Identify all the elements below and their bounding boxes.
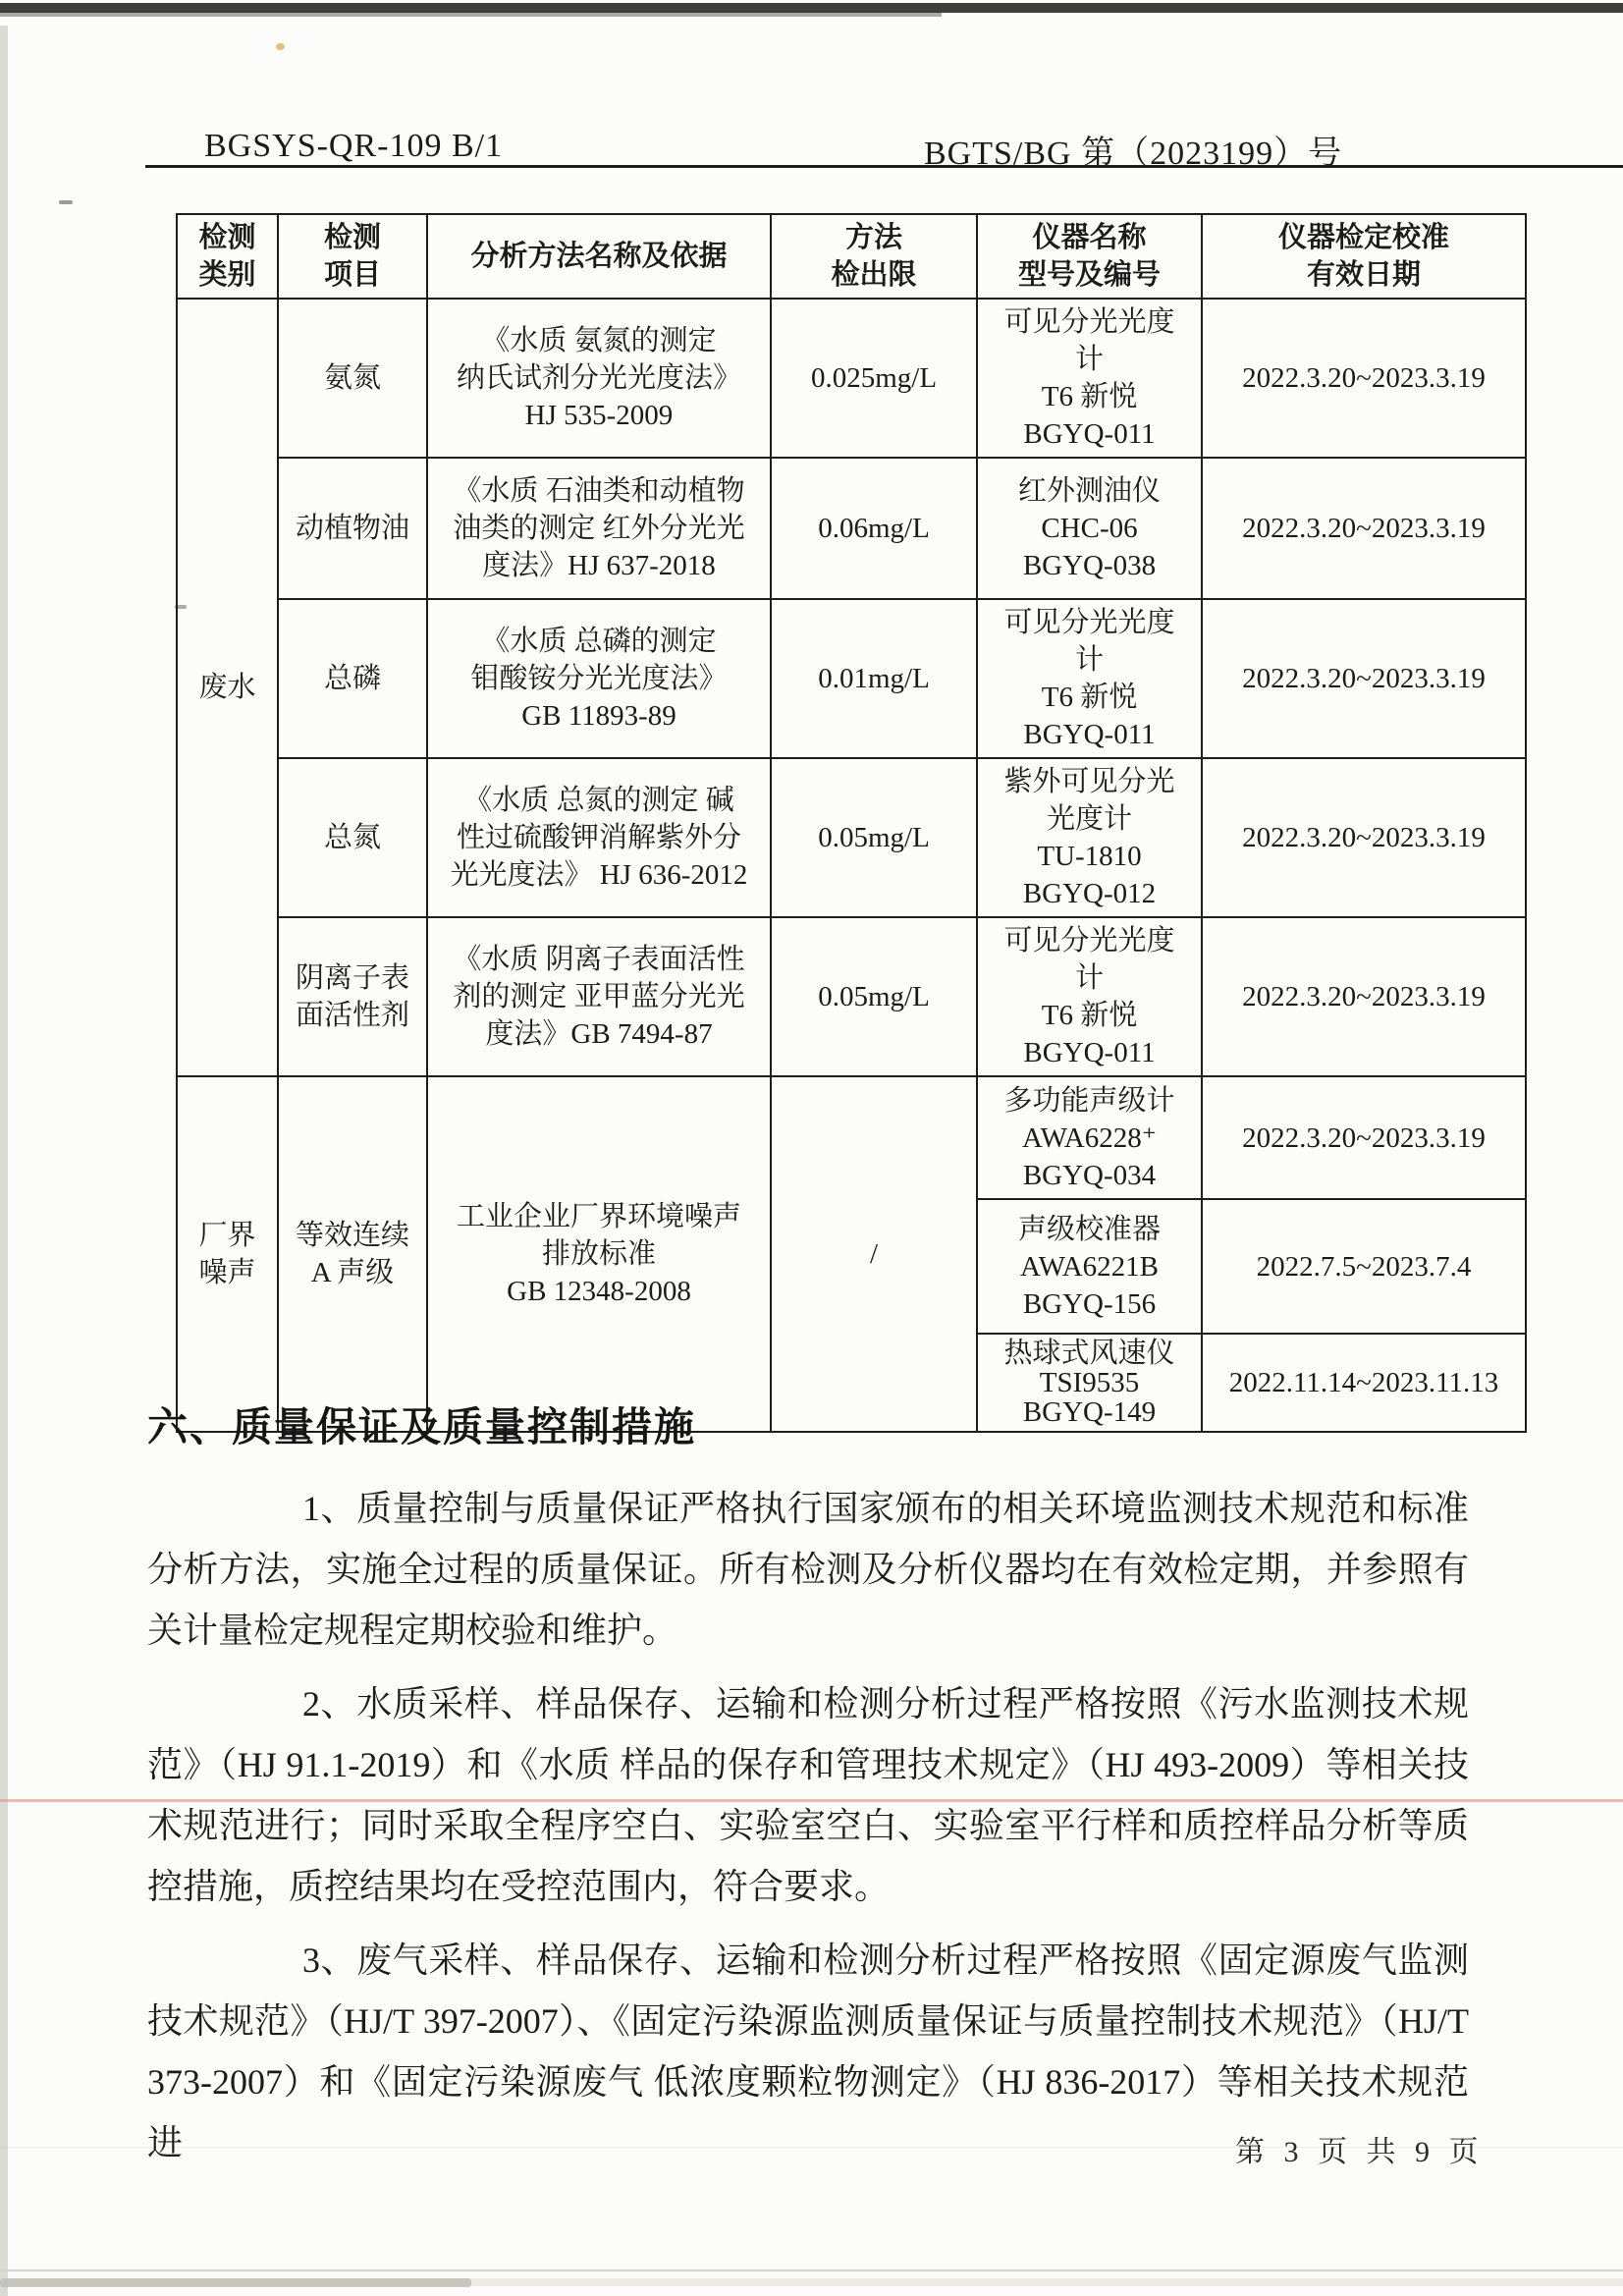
item-cell: 总氮: [278, 758, 427, 917]
item-cell: 氨氮: [278, 299, 427, 458]
limit-cell: 0.01mg/L: [771, 599, 977, 758]
category-cell-wastewater: 废水: [177, 299, 278, 1076]
category-cell-noise: 厂界 噪声: [177, 1076, 278, 1432]
table-row: 总磷 《水质 总磷的测定 钼酸铵分光光度法》 GB 11893-89 0.01m…: [177, 599, 1526, 758]
table-row: 总氮 《水质 总氮的测定 碱 性过硫酸钾消解紫外分 光光度法》 HJ 636-2…: [177, 758, 1526, 917]
table-row: 阴离子表 面活性剂 《水质 阴离子表面活性 剂的测定 亚甲蓝分光光 度法》GB …: [177, 917, 1526, 1076]
header-cell-instrument: 仪器名称 型号及编号: [977, 214, 1202, 299]
table-row: 厂界 噪声 等效连续 A 声级 工业企业厂界环境噪声 排放标准 GB 12348…: [177, 1076, 1526, 1199]
monitoring-methods-table: 检测 类别 检测 项目 分析方法名称及依据 方法 检出限 仪器名称 型号及编号 …: [176, 213, 1527, 1433]
header-cell-category: 检测 类别: [177, 214, 278, 299]
instrument-cell: 红外测油仪 CHC-06 BGYQ-038: [977, 458, 1202, 599]
method-cell: 《水质 总氮的测定 碱 性过硫酸钾消解紫外分 光光度法》 HJ 636-2012: [427, 758, 771, 917]
item-cell: 等效连续 A 声级: [278, 1076, 427, 1432]
limit-cell: /: [771, 1076, 977, 1432]
method-cell: 《水质 石油类和动植物 油类的测定 红外分光光 度法》HJ 637-2018: [427, 458, 771, 599]
limit-cell: 0.05mg/L: [771, 917, 977, 1076]
instrument-cell: 多功能声级计 AWA6228⁺ BGYQ-034: [977, 1076, 1202, 1199]
valid-date-cell: 2022.3.20~2023.3.19: [1202, 1076, 1526, 1199]
valid-date-cell: 2022.3.20~2023.3.19: [1202, 458, 1526, 599]
section-title: 六、质量保证及质量控制措施: [147, 1394, 1469, 1452]
table-row: 废水 氨氮 《水质 氨氮的测定 纳氏试剂分光光度法》 HJ 535-2009 0…: [177, 299, 1526, 458]
item-cell: 阴离子表 面活性剂: [278, 917, 427, 1076]
scan-artifact-left-edge: [0, 26, 8, 2296]
item-cell: 总磷: [278, 599, 427, 758]
limit-cell: 0.06mg/L: [771, 458, 977, 599]
method-cell: 《水质 氨氮的测定 纳氏试剂分光光度法》 HJ 535-2009: [427, 299, 771, 458]
document-scan-page: BGSYS-QR-109 B/1 BGTS/BG 第（2023199）号 检测 …: [0, 0, 1623, 2296]
valid-date-cell: 2022.3.20~2023.3.19: [1202, 299, 1526, 458]
limit-cell: 0.025mg/L: [771, 299, 977, 458]
scan-artifact-top-edge-shadow: [0, 13, 942, 17]
scan-artifact-top-edge: [0, 3, 1623, 13]
instrument-cell: 可见分光光度 计 T6 新悦 BGYQ-011: [977, 599, 1202, 758]
valid-date-cell: 2022.3.20~2023.3.19: [1202, 758, 1526, 917]
table-row: 动植物油 《水质 石油类和动植物 油类的测定 红外分光光 度法》HJ 637-2…: [177, 458, 1526, 599]
table-header-row: 检测 类别 检测 项目 分析方法名称及依据 方法 检出限 仪器名称 型号及编号 …: [177, 214, 1526, 299]
instrument-cell: 可见分光光度 计 T6 新悦 BGYQ-011: [977, 917, 1202, 1076]
header-cell-valid-date: 仪器检定校准 有效日期: [1202, 214, 1526, 299]
header-cell-limit: 方法 检出限: [771, 214, 977, 299]
instrument-cell: 可见分光光度 计 T6 新悦 BGYQ-011: [977, 299, 1202, 458]
scan-artifact-bottom-smudge: [0, 2278, 471, 2287]
scan-artifact-speck: [276, 43, 285, 50]
instrument-cell: 紫外可见分光 光度计 TU-1810 BGYQ-012: [977, 758, 1202, 917]
scan-artifact-dash: [59, 200, 73, 204]
header-cell-method: 分析方法名称及依据: [427, 214, 771, 299]
scan-artifact-bottom-edge: [0, 2269, 1623, 2271]
valid-date-cell: 2022.7.5~2023.7.4: [1202, 1199, 1526, 1334]
method-cell: 《水质 总磷的测定 钼酸铵分光光度法》 GB 11893-89: [427, 599, 771, 758]
method-cell: 《水质 阴离子表面活性 剂的测定 亚甲蓝分光光 度法》GB 7494-87: [427, 917, 771, 1076]
valid-date-cell: 2022.3.20~2023.3.19: [1202, 599, 1526, 758]
limit-cell: 0.05mg/L: [771, 758, 977, 917]
document-code: BGSYS-QR-109 B/1: [204, 128, 503, 165]
paragraph-2: 2、水质采样、样品保存、运输和检测分析过程严格按照《污水监测技术规范》（HJ 9…: [147, 1673, 1469, 1917]
page-number: 第 3 页 共 9 页: [1235, 2127, 1485, 2170]
header-rule: [145, 165, 1623, 168]
paragraph-1: 1、质量控制与质量保证严格执行国家颁布的相关环境监测技术规范和标准分析方法，实施…: [147, 1478, 1469, 1661]
instrument-cell: 声级校准器 AWA6221B BGYQ-156: [977, 1199, 1202, 1334]
method-cell: 工业企业厂界环境噪声 排放标准 GB 12348-2008: [427, 1076, 771, 1432]
header-cell-item: 检测 项目: [278, 214, 427, 299]
valid-date-cell: 2022.3.20~2023.3.19: [1202, 917, 1526, 1076]
quality-assurance-section: 六、质量保证及质量控制措施 1、质量控制与质量保证严格执行国家颁布的相关环境监测…: [147, 1394, 1469, 2186]
item-cell: 动植物油: [278, 458, 427, 599]
